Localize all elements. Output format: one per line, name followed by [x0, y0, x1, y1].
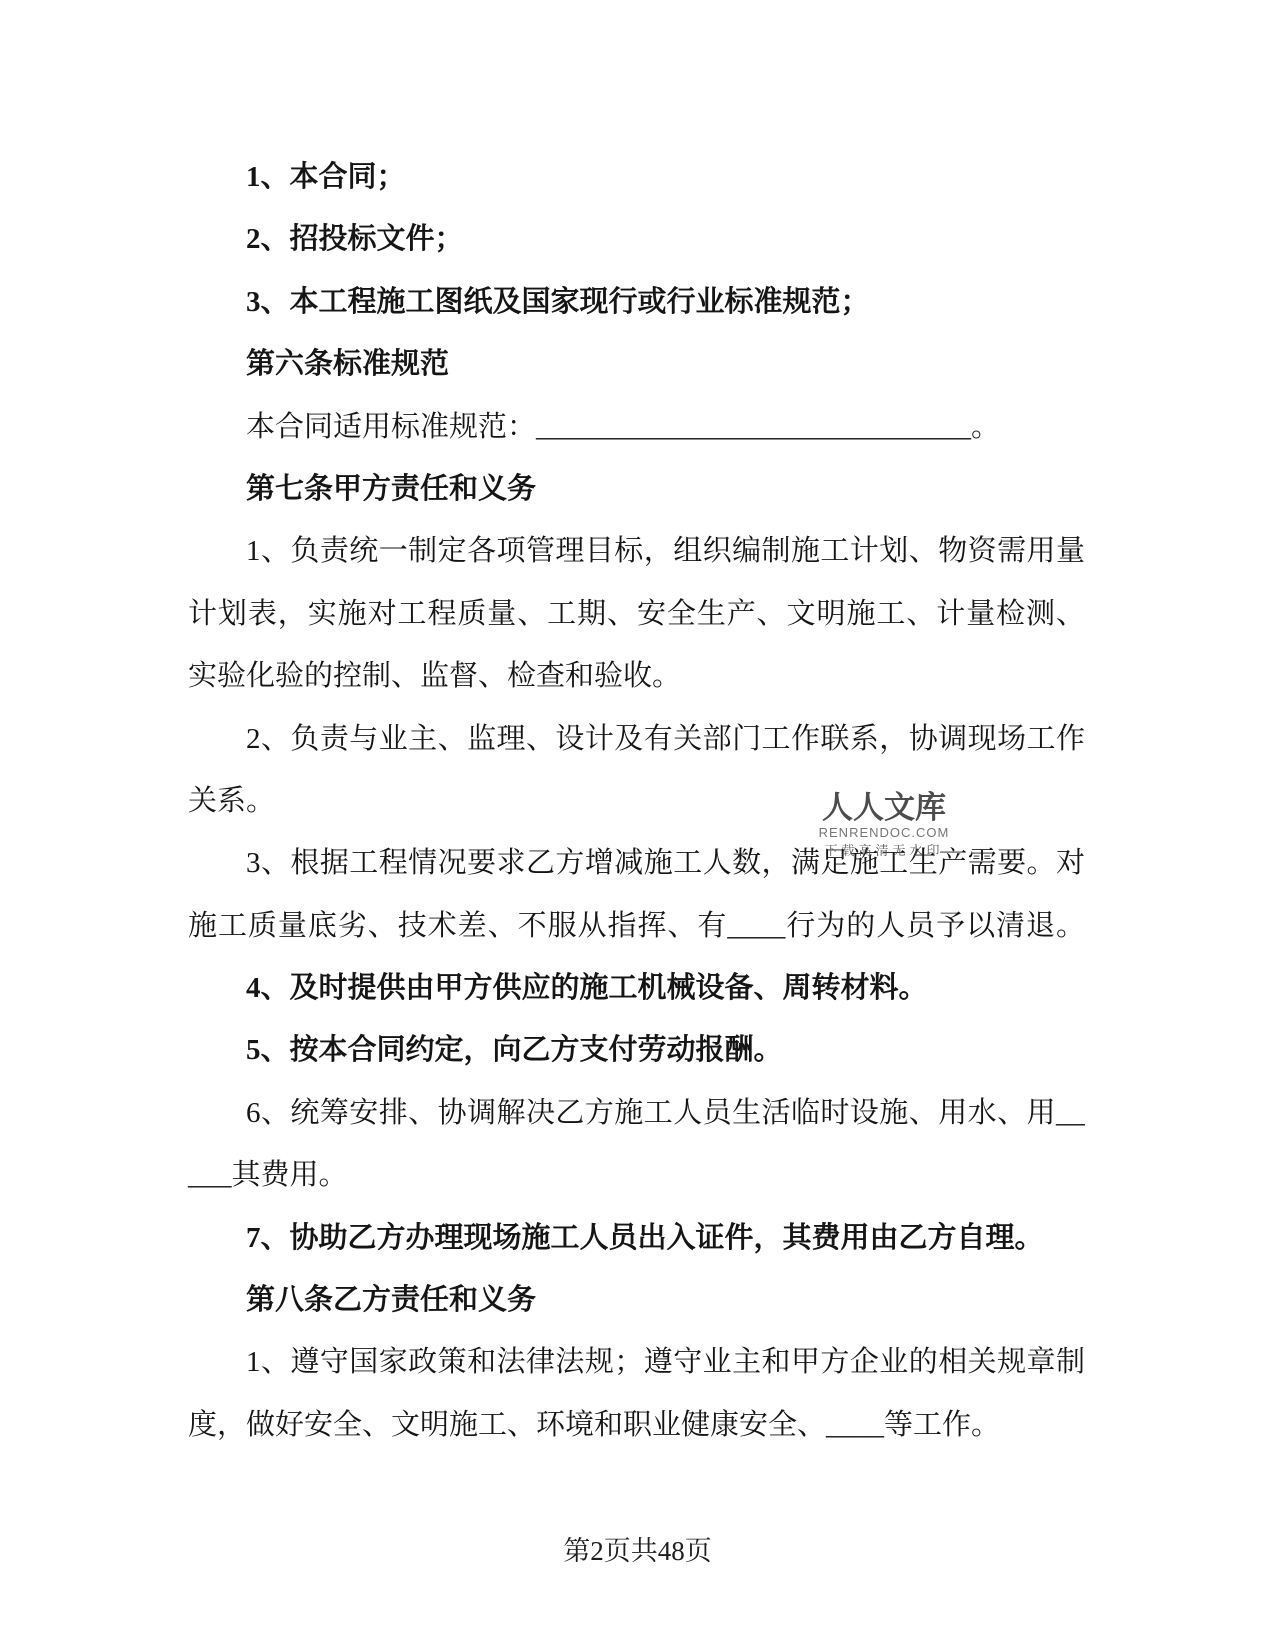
page-number-label: 第2页共48页	[563, 1536, 712, 1566]
text-line: 第八条乙方责任和义务	[188, 1269, 1085, 1331]
document-page: 1、本合同；2、招投标文件；3、本工程施工图纸及国家现行或行业标准规范；第六条标…	[0, 0, 1275, 1650]
text-line: 1、遵守国家政策和法律法规；遵守业主和甲方企业的相关规章制	[188, 1331, 1085, 1393]
text-line: ___其费用。	[188, 1144, 1085, 1206]
text-line: 第六条标准规范	[188, 333, 1085, 395]
text-line: 第七条甲方责任和义务	[188, 458, 1085, 520]
text-line: 本合同适用标准规范：______________________________…	[188, 396, 1085, 458]
text-line: 1、负责统一制定各项管理目标，组织编制施工计划、物资需用量	[188, 520, 1085, 582]
text-line: 5、按本合同约定，向乙方支付劳动报酬。	[188, 1019, 1085, 1081]
text-line: 3、本工程施工图纸及国家现行或行业标准规范；	[188, 271, 1085, 333]
text-line: 1、本合同；	[188, 146, 1085, 208]
text-line: 计划表，实施对工程质量、工期、安全生产、文明施工、计量检测、	[188, 583, 1085, 645]
page-footer: 第2页共48页	[0, 1536, 1275, 1566]
text-line: 实验化验的控制、监督、检查和验收。	[188, 645, 1085, 707]
text-line: 7、协助乙方办理现场施工人员出入证件，其费用由乙方自理。	[188, 1207, 1085, 1269]
text-line: 2、招投标文件；	[188, 208, 1085, 270]
text-line: 施工质量底劣、技术差、不服从指挥、有____行为的人员予以清退。	[188, 895, 1085, 957]
text-line: 2、负责与业主、监理、设计及有关部门工作联系，协调现场工作	[188, 708, 1085, 770]
text-line: 6、统筹安排、协调解决乙方施工人员生活临时设施、用水、用__	[188, 1082, 1085, 1144]
text-line: 4、及时提供由甲方供应的施工机械设备、周转材料。	[188, 957, 1085, 1019]
text-line: 关系。	[188, 770, 1085, 832]
text-line: 3、根据工程情况要求乙方增减施工人数，满足施工生产需要。对	[188, 832, 1085, 894]
text-line: 度，做好安全、文明施工、环境和职业健康安全、____等工作。	[188, 1394, 1085, 1456]
document-body: 1、本合同；2、招投标文件；3、本工程施工图纸及国家现行或行业标准规范；第六条标…	[188, 146, 1085, 1456]
